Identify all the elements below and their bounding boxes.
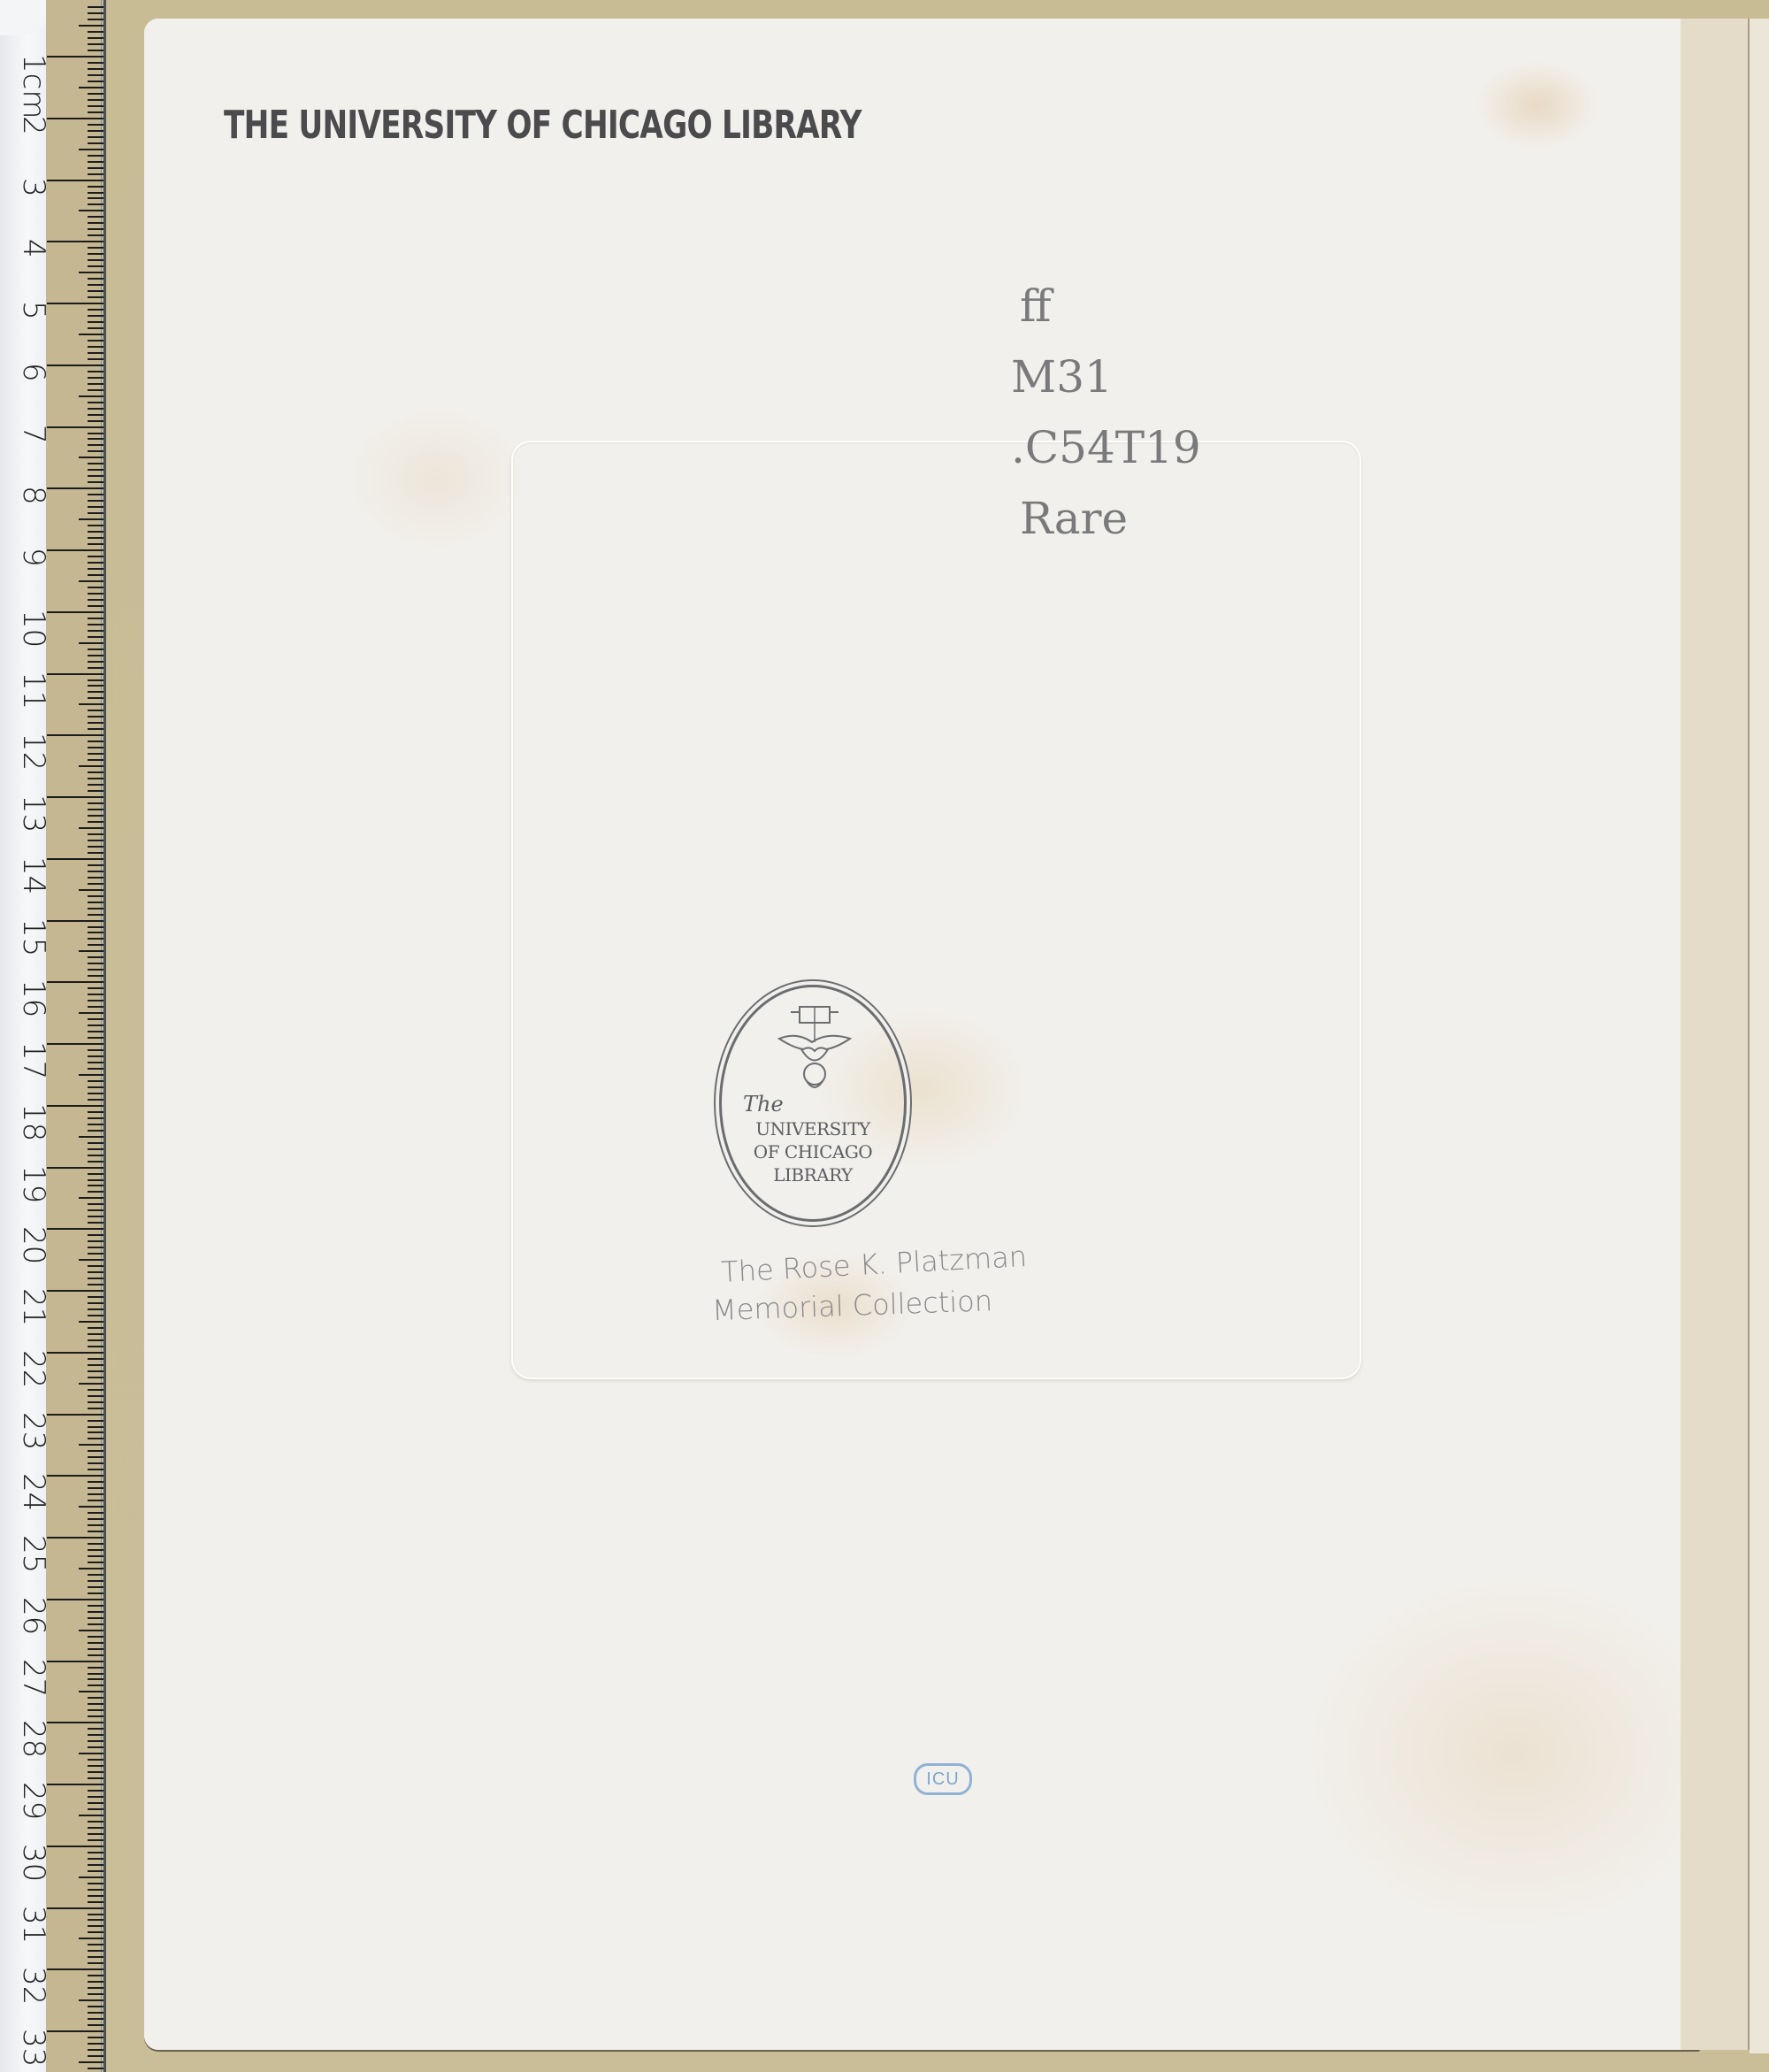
ruler-tick	[88, 1586, 103, 1588]
ruler-tick	[88, 1173, 103, 1175]
ruler-tick	[88, 1623, 103, 1625]
ruler-tick	[88, 1827, 103, 1829]
ruler-tick	[79, 1691, 103, 1692]
ruler-tick	[88, 1209, 103, 1211]
ruler-cm-label: 6	[16, 363, 51, 398]
ruler-tick	[88, 944, 103, 946]
ruler-tick	[88, 1703, 103, 1705]
ruler-tick	[47, 549, 103, 551]
ruler-tick	[88, 68, 103, 70]
ruler-tick	[88, 1531, 103, 1532]
ruler-tick	[88, 636, 103, 638]
ruler-tick	[79, 1815, 103, 1816]
ruler-tick	[88, 1678, 103, 1680]
ruler-tick	[79, 703, 103, 705]
ruler-tick	[88, 1562, 103, 1563]
ruler-tick	[79, 1938, 103, 1939]
ruler-tick	[88, 1901, 103, 1903]
ruler-tick	[88, 1648, 103, 1650]
ruler-tick	[88, 1821, 103, 1823]
bookplate-seal: The UNIVERSITY OF CHICAGO LIBRARY	[719, 985, 907, 1222]
ruler-tick	[47, 1105, 103, 1107]
book-page: THE UNIVERSITY OF CHICAGO LIBRARY ff M31…	[144, 19, 1701, 2050]
ruler-tick	[79, 1197, 103, 1199]
ruler-tick	[88, 1284, 103, 1285]
ruler-tick	[88, 1555, 103, 1557]
bookplate-the: The	[743, 1092, 784, 1117]
ruler-tick	[88, 1358, 103, 1360]
ruler-tick	[88, 444, 103, 446]
ruler-tick	[88, 771, 103, 773]
ruler-tick	[88, 987, 103, 989]
ruler-tick	[88, 12, 103, 14]
ruler-tick	[88, 1914, 103, 1915]
ruler-tick	[47, 858, 103, 860]
ruler-tick	[79, 149, 103, 150]
ruler-cm-label: 10	[16, 610, 51, 645]
ruler-tick	[88, 537, 103, 539]
ruler-tick	[88, 1031, 103, 1032]
ruler-cm-label: 11	[16, 671, 51, 707]
ruler-tick	[88, 1006, 103, 1008]
ruler-tick	[88, 1426, 103, 1428]
ruler-tick	[88, 1111, 103, 1113]
ruler-tick	[88, 2006, 103, 2007]
ruler-tick	[88, 543, 103, 545]
ruler-tick	[88, 1247, 103, 1248]
ruler-tick	[88, 2049, 103, 2051]
ruler-tick	[88, 352, 103, 354]
ruler-tick	[88, 926, 103, 928]
ruler-tick	[88, 124, 103, 126]
ruler-tick	[88, 383, 103, 385]
ruler-cm-label: 29	[16, 1782, 51, 1817]
ruler-tick	[47, 241, 103, 242]
ruler-tick	[88, 1617, 103, 1619]
ruler-tick	[88, 463, 103, 464]
ruler-tick	[88, 1099, 103, 1101]
ruler-tick	[88, 648, 103, 650]
ruler-tick	[47, 981, 103, 983]
ruler-tick	[88, 1673, 103, 1675]
ruler-tick	[47, 1784, 103, 1785]
ruler-tick	[88, 1642, 103, 1644]
ruler-tick	[88, 1333, 103, 1335]
ruler-tick	[88, 1302, 103, 1304]
ruler-tick	[88, 833, 103, 835]
ruler-tick	[88, 1808, 103, 1810]
ruler-tick	[47, 1599, 103, 1600]
ruler-tick	[88, 994, 103, 995]
ruler-tick	[88, 655, 103, 656]
ruler-tick	[88, 1179, 103, 1181]
ruler-tick	[88, 624, 103, 625]
ruler-tick	[88, 1549, 103, 1551]
ruler-tick	[79, 1444, 103, 1446]
ruler-tick	[88, 1728, 103, 1730]
ruler-tick	[88, 222, 103, 224]
ruler-tick	[88, 710, 103, 711]
ruler-tick	[88, 932, 103, 933]
ruler-cm-label: 2	[16, 116, 51, 151]
ruler-tick	[88, 790, 103, 792]
ruler-cm-label: 27	[16, 1659, 51, 1694]
ruler-tick	[88, 315, 103, 317]
ruler-tick	[88, 809, 103, 810]
ruler-tick	[88, 1093, 103, 1094]
ruler-tick	[79, 1012, 103, 1014]
ruler-cm-label: 20	[16, 1226, 51, 1262]
call-number-line: .C54T19	[1011, 412, 1201, 483]
ruler-cm-label: 15	[16, 918, 51, 954]
ruler-tick	[79, 1876, 103, 1878]
ruler-tick	[88, 296, 103, 298]
ruler-tick	[79, 1753, 103, 1754]
ruler-cm-label: 5	[16, 301, 51, 336]
ruler-tick	[88, 1456, 103, 1458]
ruler-tick	[47, 1968, 103, 1970]
ruler-tick	[88, 111, 103, 113]
ruler-tick	[79, 87, 103, 88]
ruler-tick	[88, 1950, 103, 1952]
ruler-tick	[88, 802, 103, 804]
ruler-tick	[88, 1155, 103, 1156]
ruler-tick	[88, 902, 103, 903]
ruler-tick	[47, 1043, 103, 1045]
ruler-tick	[88, 895, 103, 897]
ruler-tick	[88, 1925, 103, 1927]
ruler-tick	[88, 722, 103, 724]
ruler-tick	[88, 679, 103, 681]
bookplate-line-library: LIBRARY	[722, 1164, 904, 1186]
ruler-tick	[79, 1136, 103, 1138]
ruler-tick	[47, 487, 103, 489]
ruler-guide-line	[101, 0, 102, 2072]
ruler-tick	[88, 1308, 103, 1310]
ruler-tick	[47, 920, 103, 922]
ruler-tick	[88, 568, 103, 570]
ruler-tick	[88, 747, 103, 748]
ruler-tick	[88, 1080, 103, 1082]
ruler-tick	[88, 358, 103, 360]
ruler-tick	[88, 512, 103, 514]
ruler-tick	[79, 210, 103, 211]
ruler-tick	[88, 963, 103, 964]
ruler-tick	[47, 796, 103, 798]
ruler-tick	[88, 975, 103, 977]
ruler-tick	[88, 821, 103, 823]
ruler-tick	[88, 1636, 103, 1638]
ruler-tick	[88, 1512, 103, 1514]
ruler-tick	[88, 234, 103, 236]
ruler-tick	[79, 457, 103, 458]
ruler-cm-label: 17	[16, 1041, 51, 1077]
ruler-tick	[88, 1605, 103, 1607]
ruler-tick	[88, 321, 103, 323]
library-ownership-stamp: THE UNIVERSITY OF CHICAGO LIBRARY	[224, 103, 862, 148]
ruler-tick	[88, 1401, 103, 1403]
ruler-tick	[79, 272, 103, 273]
ruler-tick	[88, 197, 103, 199]
ruler-tick	[88, 2068, 103, 2069]
phoenix-book-crest-icon	[775, 1005, 854, 1098]
ruler-tick	[88, 1709, 103, 1711]
ruler-cm-label: 21	[16, 1288, 51, 1324]
ruler-tick	[88, 1377, 103, 1378]
ruler-tick	[88, 1574, 103, 1576]
ruler-tick	[88, 1993, 103, 1995]
ruler-tick	[88, 19, 103, 20]
ruler-tick	[88, 1944, 103, 1945]
ruler-tick	[47, 734, 103, 736]
ruler-tick	[88, 697, 103, 699]
ruler-tick	[88, 74, 103, 76]
ruler-tick	[79, 1383, 103, 1385]
ruler-tick	[88, 1839, 103, 1841]
ruler-tick	[88, 1518, 103, 1520]
ruler-tick	[88, 1037, 103, 1039]
ruler-tick	[47, 1846, 103, 1847]
ruler-tick	[88, 475, 103, 477]
ruler-tick	[88, 327, 103, 329]
ruler-tick	[88, 247, 103, 249]
ruler-tick	[79, 950, 103, 952]
ruler-tick	[88, 1684, 103, 1686]
ruler-tick	[47, 1722, 103, 1723]
ruler-tick	[88, 450, 103, 452]
ruler-tick	[79, 2061, 103, 2063]
ruler-tick	[88, 969, 103, 971]
call-number-line: M31	[1011, 341, 1201, 412]
ruler-tick	[88, 1611, 103, 1613]
ruler-tick	[88, 587, 103, 588]
ruler-tick	[88, 1191, 103, 1193]
ruler-tick	[88, 1049, 103, 1051]
ruler-tick	[88, 938, 103, 940]
ruler-cm-label: 3	[16, 178, 51, 213]
ruler-tick	[88, 1833, 103, 1835]
ruler-tick	[88, 1487, 103, 1489]
measuring-ruler: 1cm2345678910111213141516171819202122232…	[0, 0, 146, 2072]
ruler-tick	[88, 228, 103, 230]
ruler-tick	[88, 1408, 103, 1409]
ruler-tick	[79, 1568, 103, 1569]
ruler-cm-label: 24	[16, 1473, 51, 1508]
ruler-tick	[88, 402, 103, 403]
ruler-tick	[88, 556, 103, 557]
ruler-tick	[88, 1253, 103, 1255]
ruler-cm-label: 7	[16, 425, 51, 460]
ruler-tick	[88, 1592, 103, 1594]
ruler-tick	[79, 765, 103, 767]
ruler-tick	[88, 136, 103, 138]
ruler-tick	[88, 883, 103, 885]
bookplate-line-of-chicago: OF CHICAGO	[722, 1141, 904, 1163]
ruler-tick	[79, 1630, 103, 1631]
ruler-tick	[88, 340, 103, 341]
ruler-cm-label: 32	[16, 1967, 51, 2002]
ruler-tick	[88, 1018, 103, 1020]
ruler-tick	[88, 1068, 103, 1070]
ruler-tick	[88, 1777, 103, 1779]
ruler-tick	[88, 253, 103, 255]
ruler-tick	[88, 31, 103, 33]
ruler-tick	[88, 130, 103, 132]
pencil-collection-note: The Rose K. Platzman Memorial Collection	[712, 1244, 1027, 1325]
ruler-tick	[88, 1203, 103, 1205]
ruler-tick	[88, 840, 103, 841]
ruler-tick	[88, 618, 103, 619]
ruler-tick	[88, 2018, 103, 2020]
ruler-tick	[88, 99, 103, 101]
ruler-tick	[47, 1228, 103, 1230]
ruler-tick	[88, 284, 103, 286]
ruler-scale-strip	[46, 0, 106, 2072]
ruler-cm-label: 25	[16, 1535, 51, 1570]
ruler-tick	[88, 728, 103, 730]
ruler-tick	[88, 1740, 103, 1742]
ruler-tick	[88, 1271, 103, 1273]
ruler-tick	[88, 661, 103, 663]
ruler-tick	[47, 303, 103, 304]
ruler-tick	[88, 1493, 103, 1495]
ruler-tick	[88, 1315, 103, 1316]
ruler-tick	[88, 846, 103, 848]
pencil-call-number: ff M31 .C54T19 Rare	[1011, 271, 1201, 554]
ruler-tick	[88, 1870, 103, 1872]
embossed-plate-mark	[511, 441, 1361, 1379]
ruler-tick	[88, 1142, 103, 1144]
ruler-tick	[88, 525, 103, 526]
ruler-tick	[88, 438, 103, 440]
ruler-tick	[79, 1074, 103, 1076]
ruler-tick	[88, 753, 103, 755]
ruler-tick	[88, 1130, 103, 1132]
ruler-tick	[79, 642, 103, 644]
ruler-tick	[88, 1364, 103, 1366]
ruler-tick	[88, 1346, 103, 1347]
ruler-tick	[88, 716, 103, 718]
ruler-tick	[88, 1395, 103, 1397]
ruler-tick	[88, 1858, 103, 1860]
ruler-tick	[47, 365, 103, 366]
ruler-tick	[88, 1278, 103, 1279]
ruler-tick	[88, 81, 103, 82]
ruler-tick	[88, 1796, 103, 1798]
ruler-tick	[88, 506, 103, 508]
ruler-tick	[47, 1290, 103, 1292]
ruler-tick	[88, 1883, 103, 1884]
ruler-tick	[88, 142, 103, 144]
binding-strip	[1681, 19, 1748, 2050]
ruler-tick	[79, 25, 103, 27]
ruler-tick	[88, 667, 103, 669]
ruler-tick	[88, 50, 103, 51]
ruler-tick	[88, 1543, 103, 1545]
ruler-tick	[88, 1389, 103, 1391]
ruler-tick	[88, 1222, 103, 1224]
ruler-tick	[88, 1462, 103, 1464]
ruler-tick	[88, 309, 103, 311]
ruler-cm-label: 12	[16, 733, 51, 768]
ruler-tick	[88, 1962, 103, 1964]
ruler-tick	[88, 1919, 103, 1921]
ruler-tick	[88, 265, 103, 267]
ruler-tick	[88, 155, 103, 157]
ruler-tick	[47, 1537, 103, 1539]
ruler-tick	[88, 494, 103, 495]
ruler-cm-label: 26	[16, 1597, 51, 1632]
ruler-tick	[88, 1765, 103, 1767]
ruler-tick	[47, 118, 103, 119]
ruler-tick	[88, 1055, 103, 1057]
ruler-tick	[88, 167, 103, 169]
ruler-cm-label: 19	[16, 1165, 51, 1201]
ruler-tick	[88, 2055, 103, 2057]
ruler-tick	[88, 1852, 103, 1853]
ruler-tick	[88, 778, 103, 779]
ruler-tick	[88, 259, 103, 261]
ruler-edge	[103, 0, 106, 2072]
ruler-tick	[88, 1580, 103, 1582]
ruler-tick	[88, 93, 103, 95]
ruler-tick	[88, 1420, 103, 1422]
ruler-tick	[88, 1500, 103, 1501]
ruler-tick	[88, 216, 103, 218]
ruler-tick	[88, 346, 103, 348]
ruler-tick	[88, 741, 103, 742]
ruler-tick	[79, 1999, 103, 2001]
ruler-tick	[88, 1987, 103, 1989]
ruler-tick	[88, 500, 103, 502]
ruler-tick	[79, 1321, 103, 1323]
ruler-tick	[88, 1771, 103, 1773]
ruler-tick	[88, 2024, 103, 2026]
ruler-tick	[88, 1734, 103, 1736]
ruler-tick	[88, 37, 103, 39]
ruler-tick	[88, 1339, 103, 1341]
ruler-tick	[88, 1185, 103, 1186]
ruler-tick	[47, 673, 103, 675]
ruler-tick	[47, 2030, 103, 2032]
ruler-tick	[88, 914, 103, 916]
ruler-tick	[47, 180, 103, 181]
ruler-tick	[88, 6, 103, 8]
ruler-tick	[88, 481, 103, 483]
ruler-tick	[88, 1981, 103, 1983]
ruler-tick	[79, 518, 103, 520]
ruler-tick	[88, 1240, 103, 1242]
ruler-cm-label: 14	[16, 856, 51, 892]
ruler-tick	[79, 1506, 103, 1508]
ruler-tick	[47, 611, 103, 613]
ruler-cm-label: 23	[16, 1412, 51, 1447]
ruler-tick	[47, 1661, 103, 1662]
ruler-tick	[88, 1667, 103, 1669]
ruler-tick	[88, 784, 103, 786]
ruler-tick	[47, 1475, 103, 1477]
ruler-tick	[47, 426, 103, 428]
ruler-tick	[79, 395, 103, 397]
ruler-cm-label: 8	[16, 486, 51, 521]
ruler-tick	[88, 599, 103, 601]
ruler-tick	[88, 1124, 103, 1125]
ruler-tick	[88, 562, 103, 564]
ruler-tick	[88, 173, 103, 175]
ruler-tick	[88, 691, 103, 693]
ruler-tick	[88, 161, 103, 163]
ruler-tick	[88, 685, 103, 687]
